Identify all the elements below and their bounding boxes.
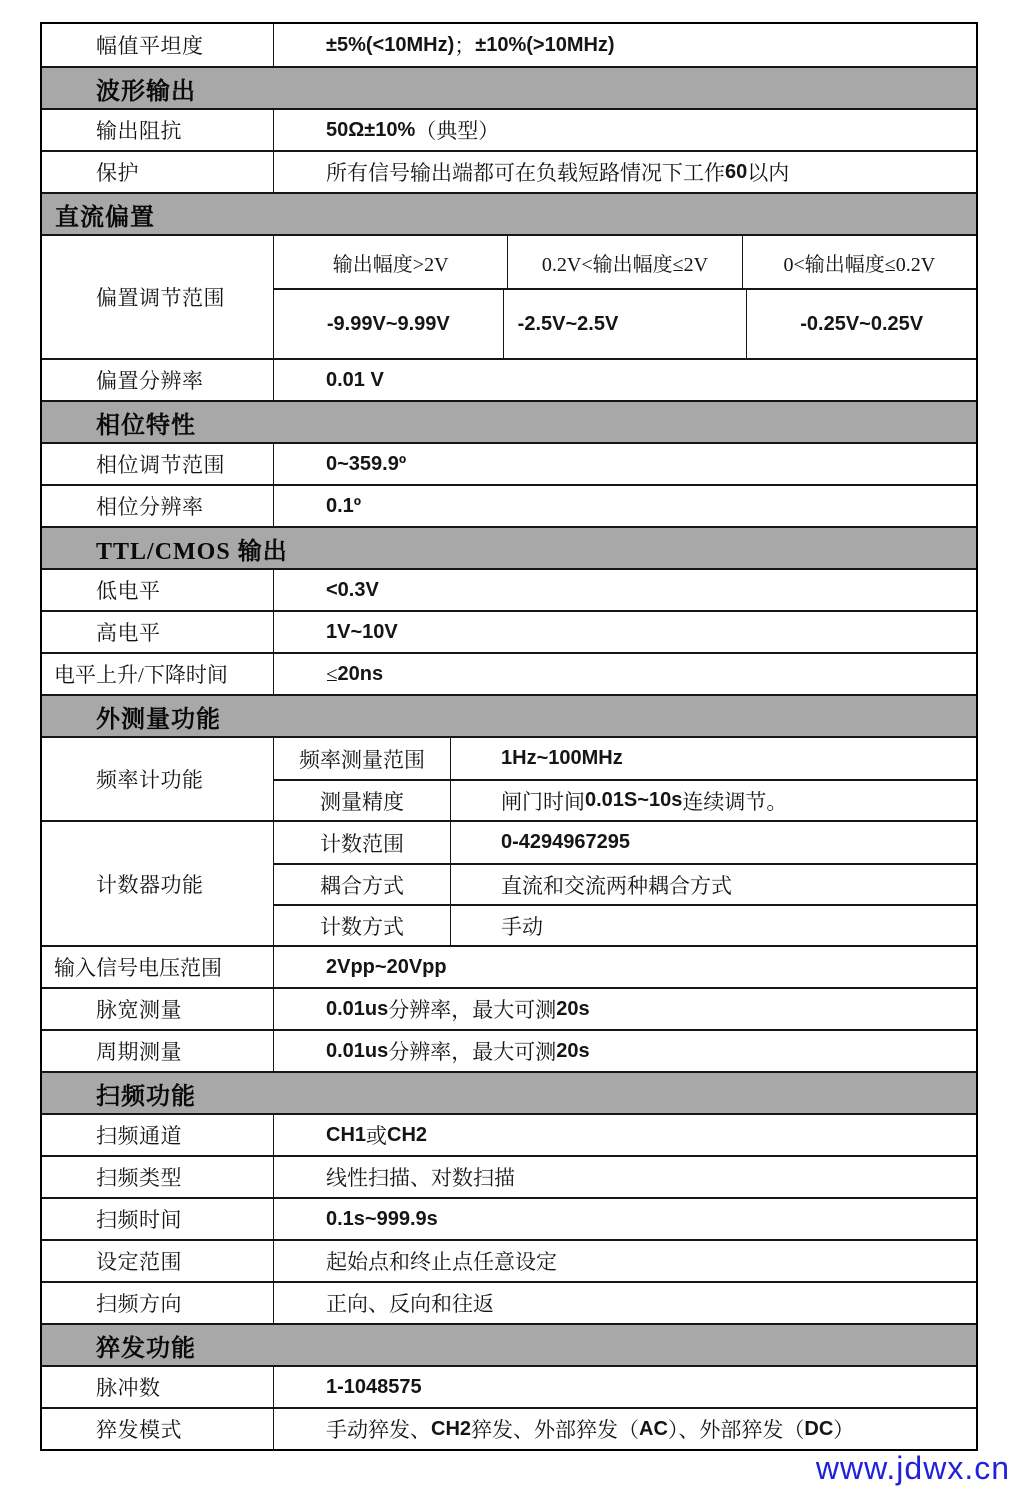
spec-label: 偏置调节范围 [42,236,273,358]
matrix-value: -2.5V~2.5V [503,290,747,358]
spec-label: 保护 [42,152,273,192]
group-sub-value: 直流和交流两种耦合方式 [450,865,976,904]
table-row: 相位分辨率0.1º [42,484,976,526]
section-header-row: 相位特性 [42,400,976,442]
table-row: 脉宽测量0.01us 分辨率，最大可测 20s [42,987,976,1029]
spec-label: 输出阻抗 [42,110,273,150]
table-row: 计数器功能计数范围0-4294967295耦合方式直流和交流两种耦合方式计数方式… [42,820,976,945]
section-header-row: TTL/CMOS 输出 [42,526,976,568]
spec-value: 50Ω±10%（典型） [273,110,976,150]
matrix-value: -0.25V~0.25V [746,290,976,358]
table-row: 电平上升/下降时间≤20ns [42,652,976,694]
spec-value: 0.01us 分辨率，最大可测 20s [273,1031,976,1071]
group-sub-label: 测量精度 [273,781,450,820]
spec-value: 0.1º [273,486,976,526]
spec-value: 2Vpp~20Vpp [273,947,976,987]
footer: www.jdwx.cn [816,1450,1010,1487]
group-label: 计数器功能 [42,822,273,945]
spec-value: <0.3V [273,570,976,610]
section-header-row: 外测量功能 [42,694,976,736]
table-row: 输入信号电压范围2Vpp~20Vpp [42,945,976,987]
matrix-value-row: -9.99V~9.99V-2.5V~2.5V-0.25V~0.25V [273,290,976,358]
spec-label: 扫频时间 [42,1199,273,1239]
group-item-row: 计数方式手动 [273,904,976,945]
table-row: 偏置分辨率0.01 V [42,358,976,400]
table-row: 相位调节范围0~359.9º [42,442,976,484]
spec-value: ≤20ns [273,654,976,694]
table-row: 扫频通道CH1 或 CH2 [42,1113,976,1155]
matrix-header-row: 输出幅度>2V0.2V<输出幅度≤2V0<输出幅度≤0.2V [273,236,976,290]
group-item-row: 频率测量范围1Hz~100MHz [273,738,976,779]
group-label: 频率计功能 [42,738,273,820]
spec-label: 扫频类型 [42,1157,273,1197]
group-sub-label: 计数方式 [273,906,450,945]
spec-value: 起始点和终止点任意设定 [273,1241,976,1281]
spec-label: 输入信号电压范围 [42,947,273,987]
spec-value: 0.01us 分辨率，最大可测 20s [273,989,976,1029]
table-row: 偏置调节范围输出幅度>2V0.2V<输出幅度≤2V0<输出幅度≤0.2V-9.9… [42,234,976,358]
table-row: 猝发模式手动猝发、CH2 猝发、外部猝发（AC）、外部猝发（DC） [42,1407,976,1449]
website-link[interactable]: www.jdwx.cn [816,1450,1010,1486]
spec-value: 1V~10V [273,612,976,652]
group-sub-value: 1Hz~100MHz [450,738,976,779]
section-header-row: 波形输出 [42,66,976,108]
table-row: 高电平1V~10V [42,610,976,652]
spec-value: 所有信号输出端都可在负载短路情况下工作 60 以内 [273,152,976,192]
spec-label: 相位分辨率 [42,486,273,526]
group-sub-label: 计数范围 [273,822,450,863]
spec-value: 手动猝发、CH2 猝发、外部猝发（AC）、外部猝发（DC） [273,1409,976,1449]
table-row: 频率计功能频率测量范围1Hz~100MHz测量精度闸门时间 0.01S~10s … [42,736,976,820]
table-row: 扫频类型线性扫描、对数扫描 [42,1155,976,1197]
spec-label: 电平上升/下降时间 [42,654,273,694]
section-title: TTL/CMOS 输出 [42,531,288,566]
table-row: 扫频方向正向、反向和往返 [42,1281,976,1323]
table-row: 输出阻抗50Ω±10%（典型） [42,108,976,150]
spec-value: 1-1048575 [273,1367,976,1407]
section-header-row: 扫频功能 [42,1071,976,1113]
group-sub-value: 闸门时间 0.01S~10s 连续调节。 [450,781,976,820]
spec-label: 相位调节范围 [42,444,273,484]
section-header-row: 猝发功能 [42,1323,976,1365]
spec-label: 扫频方向 [42,1283,273,1323]
matrix-value: -9.99V~9.99V [273,290,503,358]
table-row: 周期测量0.01us 分辨率，最大可测 20s [42,1029,976,1071]
spec-label: 低电平 [42,570,273,610]
spec-label: 脉宽测量 [42,989,273,1029]
spec-value: 正向、反向和往返 [273,1283,976,1323]
matrix-columns: 输出幅度>2V0.2V<输出幅度≤2V0<输出幅度≤0.2V-9.99V~9.9… [273,236,976,358]
group-sub-value: 0-4294967295 [450,822,976,863]
group-item-row: 测量精度闸门时间 0.01S~10s 连续调节。 [273,779,976,820]
spec-value: 线性扫描、对数扫描 [273,1157,976,1197]
spec-label: 脉冲数 [42,1367,273,1407]
group-item-row: 计数范围0-4294967295 [273,822,976,863]
section-title: 直流偏置 [42,197,155,232]
section-header-row: 直流偏置 [42,192,976,234]
spec-label: 猝发模式 [42,1409,273,1449]
section-title: 扫频功能 [42,1076,196,1111]
spec-value: 0.1s~999.9s [273,1199,976,1239]
group-item-row: 耦合方式直流和交流两种耦合方式 [273,863,976,904]
group-sub-value: 手动 [450,906,976,945]
table-row: 幅值平坦度±5%(<10MHz)；±10%(>10MHz) [42,24,976,66]
spec-value: CH1 或 CH2 [273,1115,976,1155]
section-title: 猝发功能 [42,1328,196,1363]
group-sub-label: 频率测量范围 [273,738,450,779]
spec-label: 幅值平坦度 [42,24,273,66]
spec-value: ±5%(<10MHz)；±10%(>10MHz) [273,24,976,66]
section-title: 外测量功能 [42,699,221,734]
group-items: 计数范围0-4294967295耦合方式直流和交流两种耦合方式计数方式手动 [273,822,976,945]
specifications-table: 幅值平坦度±5%(<10MHz)；±10%(>10MHz)波形输出输出阻抗50Ω… [40,22,978,1451]
table-row: 低电平<0.3V [42,568,976,610]
spec-value: 0.01 V [273,360,976,400]
spec-label: 高电平 [42,612,273,652]
matrix-header: 0<输出幅度≤0.2V [742,236,976,288]
spec-label: 周期测量 [42,1031,273,1071]
spec-label: 偏置分辨率 [42,360,273,400]
section-title: 相位特性 [42,405,196,440]
table-row: 保护所有信号输出端都可在负载短路情况下工作 60 以内 [42,150,976,192]
spec-value: 0~359.9º [273,444,976,484]
spec-label: 设定范围 [42,1241,273,1281]
matrix-header: 输出幅度>2V [273,236,507,288]
table-row: 扫频时间0.1s~999.9s [42,1197,976,1239]
group-sub-label: 耦合方式 [273,865,450,904]
section-title: 波形输出 [42,71,196,106]
table-row: 设定范围起始点和终止点任意设定 [42,1239,976,1281]
matrix-header: 0.2V<输出幅度≤2V [507,236,741,288]
spec-label: 扫频通道 [42,1115,273,1155]
table-row: 脉冲数1-1048575 [42,1365,976,1407]
group-items: 频率测量范围1Hz~100MHz测量精度闸门时间 0.01S~10s 连续调节。 [273,738,976,820]
